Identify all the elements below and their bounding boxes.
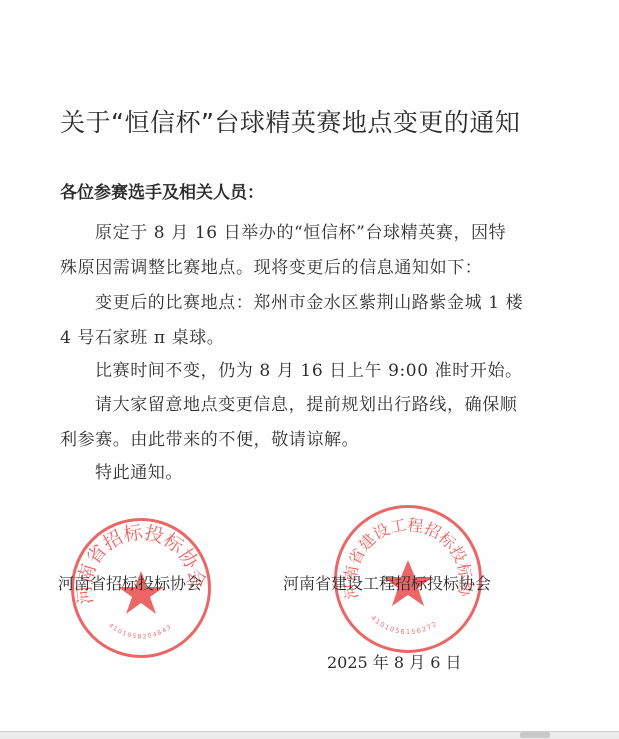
issue-date: 2025 年 8 月 6 日 (327, 650, 462, 673)
signer-1-name: 河南省招标投标协会 (58, 571, 202, 594)
svg-text:4101056156272: 4101056156272 (369, 614, 439, 636)
document-page: 关于“恒信杯”台球精英赛地点变更的通知 各位参赛选手及相关人员： 原定于 8 月… (0, 0, 619, 731)
paragraph-1-line-2: 殊原因需调整比赛地点。现将变更后的信息通知如下： (60, 253, 482, 278)
paragraph-4-line-2: 利参赛。由此带来的不便，敬请谅解。 (60, 425, 359, 450)
paragraph-3-line-1: 比赛时间不变，仍为 8 月 16 日上午 9:00 准时开始。 (95, 356, 523, 381)
scrollbar-thumb[interactable] (520, 732, 550, 738)
notice-title: 关于“恒信杯”台球精英赛地点变更的通知 (60, 103, 520, 139)
signer-2-name: 河南省建设工程招标投标协会 (283, 571, 491, 594)
paragraph-1-line-1: 原定于 8 月 16 日举办的“恒信杯”台球精英赛，因特 (95, 218, 506, 243)
paragraph-4-line-1: 请大家留意地点变更信息，提前规划出行路线，确保顺 (95, 390, 517, 415)
horizontal-scrollbar[interactable] (0, 731, 619, 739)
paragraph-2-line-2: 4 号石家班 π 桌球。 (60, 323, 224, 348)
paragraph-2-line-1: 变更后的比赛地点：郑州市金水区紫荆山路紫金城 1 楼 (95, 288, 523, 313)
salutation: 各位参赛选手及相关人员： (60, 178, 264, 203)
svg-text:4101058204843: 4101058204843 (107, 622, 173, 640)
paragraph-5-line-1: 特此通知。 (95, 458, 183, 483)
